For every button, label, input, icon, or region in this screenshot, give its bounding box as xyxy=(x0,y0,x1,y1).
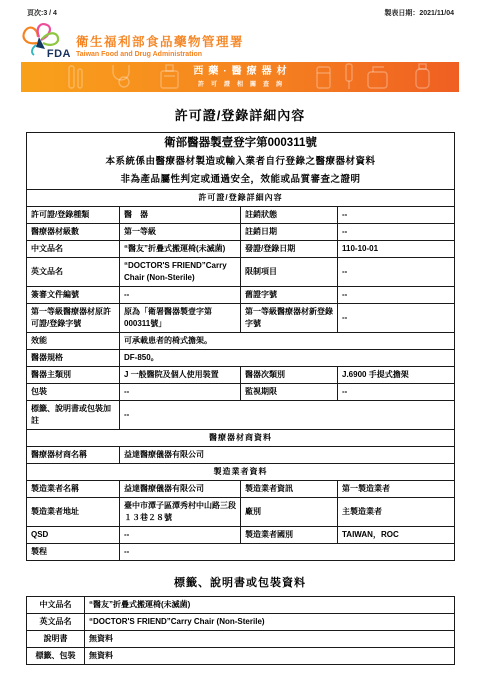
row-value: -- xyxy=(338,383,455,400)
row-label: 監視期限 xyxy=(241,383,338,400)
table-row: 醫療器材商名稱益達醫療儀器有限公司 xyxy=(27,446,455,463)
row-value: -- xyxy=(120,383,241,400)
table-row: 製造業者名稱益達醫療儀器有限公司製造業者資訊第一製造業者 xyxy=(27,480,455,497)
row-value: “DOCTOR'S FRIEND”Carry Chair (Non-Steril… xyxy=(120,257,241,286)
row-label: 註銷日期 xyxy=(241,223,338,240)
banner-title: 西藥·醫療器材 xyxy=(188,66,291,77)
banner: 西藥·醫療器材 許可證相關查詢 xyxy=(21,62,459,92)
row-label: 效能 xyxy=(27,332,120,349)
row-value: 110-10-01 xyxy=(338,240,455,257)
row-label: 限制項目 xyxy=(241,257,338,286)
row-value: -- xyxy=(120,543,455,560)
table-row: 醫療器材級數第一等級註銷日期-- xyxy=(27,223,455,240)
section-title: 製造業者資料 xyxy=(27,463,455,480)
row-value: -- xyxy=(338,223,455,240)
row-label: 製造業者國別 xyxy=(241,526,338,543)
row-label: QSD xyxy=(27,526,120,543)
page-header: 頁次:3 / 4 製表日期：2021/11/04 xyxy=(0,6,480,18)
row-value: “醫友”折疊式搬運椅(未滅菌) xyxy=(85,596,455,613)
row-value: -- xyxy=(120,400,455,429)
license-number: 衛部醫器製壹登字第000311號 xyxy=(31,135,450,152)
table-row: 中文品名“醫友”折疊式搬運椅(未滅菌) xyxy=(27,596,455,613)
row-value: 臺中市潭子區潭秀村中山路三段１３巷２８號 xyxy=(120,497,241,526)
row-value: 益達醫療儀器有限公司 xyxy=(120,446,455,463)
agency-name: 衛生福利部食品藥物管理署 Taiwan Food and Drug Admini… xyxy=(76,32,244,59)
row-value: J 一般醫院及個人使用裝置 xyxy=(120,366,241,383)
table-row: 簽審文件編號--舊證字號-- xyxy=(27,286,455,303)
row-value: 第一等級 xyxy=(120,223,241,240)
agency-name-en: Taiwan Food and Drug Administration xyxy=(76,51,244,58)
row-value: TAIWAN，ROC xyxy=(338,526,455,543)
row-label: 醫器主類別 xyxy=(27,366,120,383)
row-label: 註銷狀態 xyxy=(241,206,338,223)
table-row: 英文品名“DOCTOR'S FRIEND”Carry Chair (Non-St… xyxy=(27,257,455,286)
row-label: 簽審文件編號 xyxy=(27,286,120,303)
disclaimer-line1: 本系統係由醫療器材製造或輸入業者自行登錄之醫療器材資料 xyxy=(31,155,450,169)
page-number: 頁次:3 / 4 xyxy=(27,8,57,18)
section-title: 醫療器材商資料 xyxy=(27,429,455,446)
row-label: 說明書 xyxy=(27,630,85,647)
section-row: 醫療器材商資料 xyxy=(27,429,455,446)
row-label: 中文品名 xyxy=(27,596,85,613)
label-section-title: 標籤、說明書或包裝資料 xyxy=(0,574,480,590)
row-value: 醫 器 xyxy=(120,206,241,223)
row-value: 原為「衛署醫器製壹字第000311號」 xyxy=(120,303,241,332)
row-label: 製造業者名稱 xyxy=(27,480,120,497)
table-row: 標籤、包裝無資料 xyxy=(27,647,455,664)
row-value: -- xyxy=(338,206,455,223)
row-value: 第一製造業者 xyxy=(338,480,455,497)
section-row: 製造業者資料 xyxy=(27,463,455,480)
row-value: -- xyxy=(338,257,455,286)
table-row: 效能可承載患者的椅式擔架。 xyxy=(27,332,455,349)
fda-wordmark: FDA xyxy=(47,48,71,60)
row-value: -- xyxy=(338,303,455,332)
row-label: 英文品名 xyxy=(27,257,120,286)
row-label: 第一等級醫療器材新登錄字號 xyxy=(241,303,338,332)
row-value: 無資料 xyxy=(85,647,455,664)
table-row: 製程-- xyxy=(27,543,455,560)
row-value: 可承載患者的椅式擔架。 xyxy=(120,332,455,349)
table-row: 中文品名“醫友”折疊式搬運椅(未滅菌)發證/登錄日期110-10-01 xyxy=(27,240,455,257)
table-row: 第一等級醫療器材原許可證/登錄字號原為「衛署醫器製壹字第000311號」第一等級… xyxy=(27,303,455,332)
fda-logo: FDA 衛生福利部食品藥物管理署 Taiwan Food and Drug Ad… xyxy=(21,23,480,59)
row-label: 製造業者資訊 xyxy=(241,480,338,497)
agency-name-zh: 衛生福利部食品藥物管理署 xyxy=(76,32,244,50)
table-row: 醫器規格DF-850。 xyxy=(27,349,455,366)
row-label: 醫器規格 xyxy=(27,349,120,366)
license-header-row: 衛部醫器製壹登字第000311號 本系統係由醫療器材製造或輸入業者自行登錄之醫療… xyxy=(27,133,455,190)
row-label: 第一等級醫療器材原許可證/登錄字號 xyxy=(27,303,120,332)
section-title: 許可證/登錄詳細內容 xyxy=(27,189,455,206)
row-label: 包裝 xyxy=(27,383,120,400)
banner-text: 西藥·醫療器材 許可證相關查詢 xyxy=(21,62,459,92)
row-label: 醫器次類別 xyxy=(241,366,338,383)
section-row: 許可證/登錄詳細內容 xyxy=(27,189,455,206)
row-label: 英文品名 xyxy=(27,613,85,630)
print-date: 製表日期：2021/11/04 xyxy=(384,8,454,18)
row-label: 舊證字號 xyxy=(241,286,338,303)
table-row: 醫器主類別J 一般醫院及個人使用裝置醫器次類別J.6900 手提式擔架 xyxy=(27,366,455,383)
page-title: 許可證/登錄詳細內容 xyxy=(0,105,480,124)
row-value: “醫友”折疊式搬運椅(未滅菌) xyxy=(120,240,241,257)
label-table: 中文品名“醫友”折疊式搬運椅(未滅菌)英文品名“DOCTOR'S FRIEND”… xyxy=(26,596,455,665)
row-label: 發證/登錄日期 xyxy=(241,240,338,257)
butterfly-logo-icon: FDA xyxy=(21,23,69,59)
document-page: 頁次:3 / 4 製表日期：2021/11/04 FDA 衛生福利部食品藥物管理… xyxy=(0,0,480,679)
table-row: 製造業者地址臺中市潭子區潭秀村中山路三段１３巷２８號廠別主製造業者 xyxy=(27,497,455,526)
row-value: 益達醫療儀器有限公司 xyxy=(120,480,241,497)
table-row: 標籤、說明書或包裝加註-- xyxy=(27,400,455,429)
row-label: 醫療器材商名稱 xyxy=(27,446,120,463)
row-value: 主製造業者 xyxy=(338,497,455,526)
table-row: 說明書無資料 xyxy=(27,630,455,647)
row-label: 製造業者地址 xyxy=(27,497,120,526)
table-row: QSD--製造業者國別TAIWAN，ROC xyxy=(27,526,455,543)
row-label: 標籤、說明書或包裝加註 xyxy=(27,400,120,429)
license-table: 衛部醫器製壹登字第000311號 本系統係由醫療器材製造或輸入業者自行登錄之醫療… xyxy=(26,132,455,561)
row-value: “DOCTOR'S FRIEND”Carry Chair (Non-Steril… xyxy=(85,613,455,630)
row-label: 廠別 xyxy=(241,497,338,526)
row-label: 中文品名 xyxy=(27,240,120,257)
table-row: 英文品名“DOCTOR'S FRIEND”Carry Chair (Non-St… xyxy=(27,613,455,630)
table-row: 許可證/登錄種類醫 器註銷狀態-- xyxy=(27,206,455,223)
row-value: 無資料 xyxy=(85,630,455,647)
table-row: 包裝--監視期限-- xyxy=(27,383,455,400)
row-value: DF-850。 xyxy=(120,349,455,366)
disclaimer-line2: 非為產品屬性判定或通過安全，效能或品質審查之證明 xyxy=(31,173,450,187)
row-value: -- xyxy=(120,526,241,543)
banner-subtitle: 許可證相關查詢 xyxy=(191,79,289,88)
row-value: -- xyxy=(120,286,241,303)
row-label: 醫療器材級數 xyxy=(27,223,120,240)
row-label: 標籤、包裝 xyxy=(27,647,85,664)
row-value: J.6900 手提式擔架 xyxy=(338,366,455,383)
row-label: 製程 xyxy=(27,543,120,560)
row-label: 許可證/登錄種類 xyxy=(27,206,120,223)
row-value: -- xyxy=(338,286,455,303)
